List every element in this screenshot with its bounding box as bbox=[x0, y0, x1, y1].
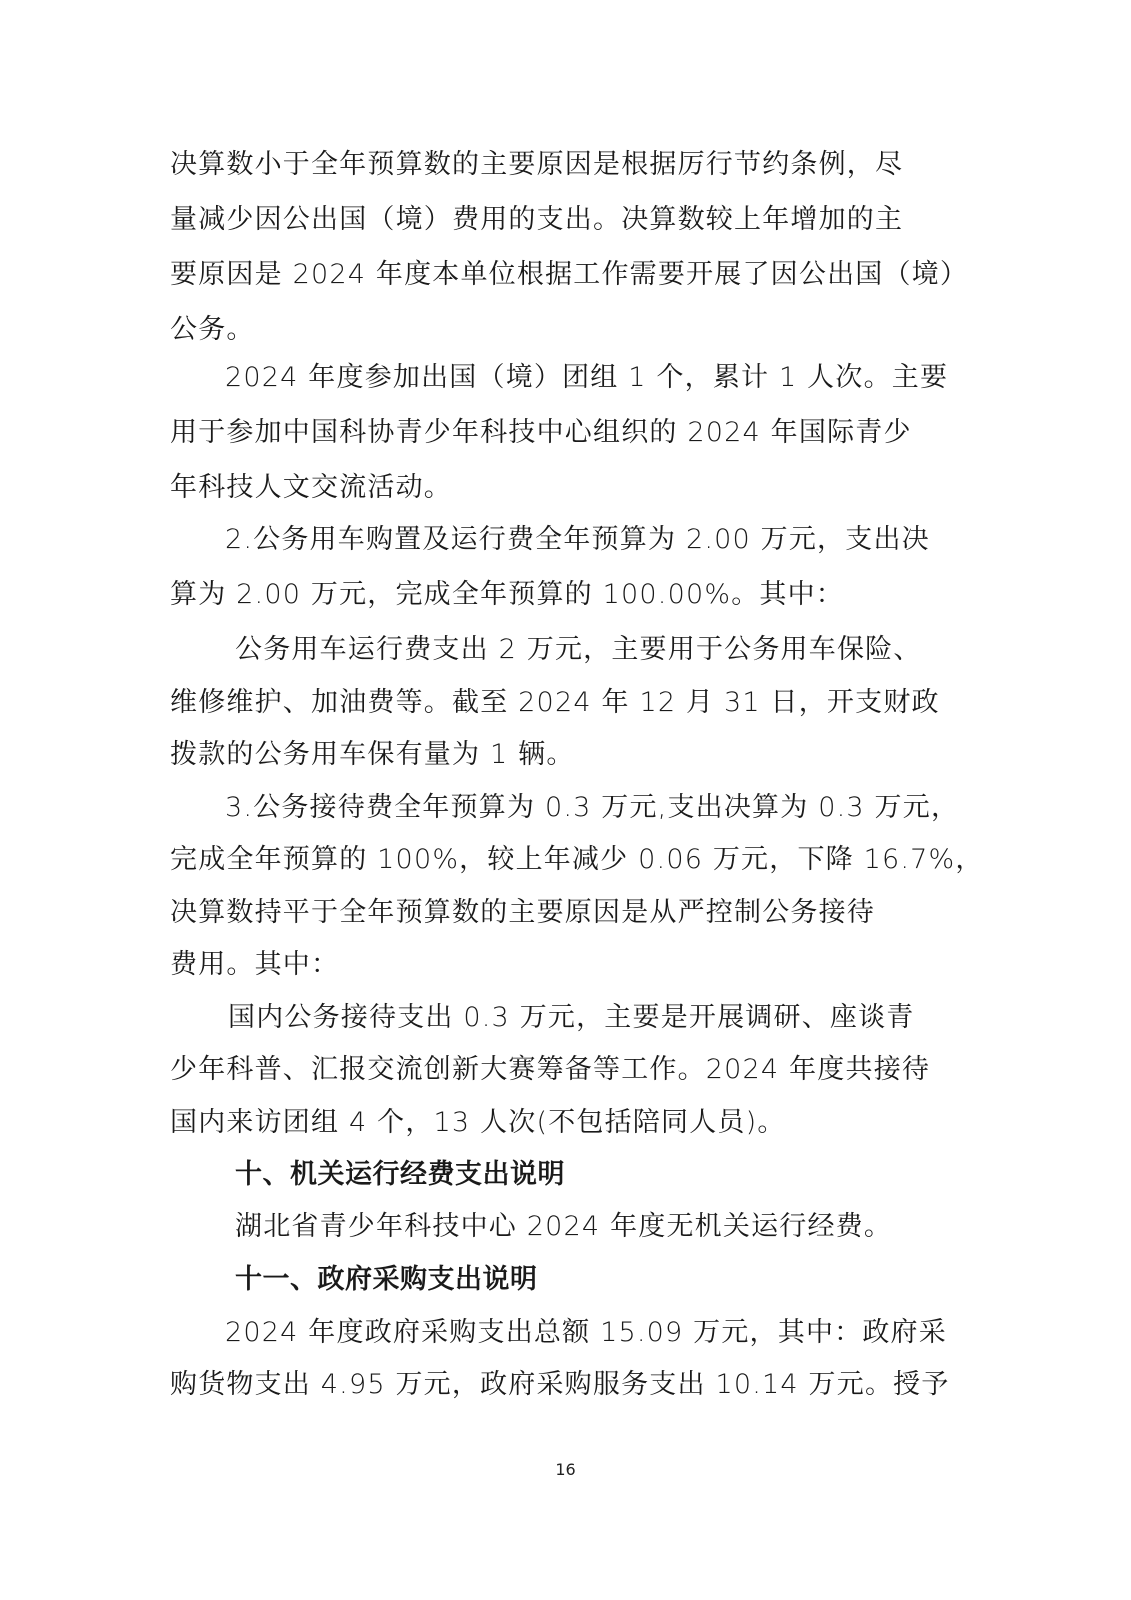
paragraph-line: 用于参加中国科协青少年科技中心组织的 2024 年国际青少 bbox=[170, 418, 950, 448]
paragraph-line: 费用。其中： bbox=[170, 950, 950, 980]
paragraph-line: 国内来访团组 4 个，13 人次(不包括陪同人员)。 bbox=[170, 1108, 950, 1138]
paragraph-line: 2024 年度政府采购支出总额 15.09 万元，其中：政府采 bbox=[225, 1318, 1005, 1348]
page-number: 16 bbox=[0, 1460, 1131, 1479]
paragraph-line: 2024 年度参加出国（境）团组 1 个，累计 1 人次。主要 bbox=[225, 363, 1005, 393]
paragraph-line: 3.公务接待费全年预算为 0.3 万元,支出决算为 0.3 万元， bbox=[225, 793, 1005, 823]
paragraph-line: 决算数持平于全年预算数的主要原因是从严控制公务接待 bbox=[170, 898, 950, 928]
paragraph-line: 维修维护、加油费等。截至 2024 年 12 月 31 日，开支财政 bbox=[170, 688, 950, 718]
paragraph-line: 拨款的公务用车保有量为 1 辆。 bbox=[170, 740, 950, 770]
paragraph-line: 国内公务接待支出 0.3 万元，主要是开展调研、座谈青 bbox=[228, 1003, 1008, 1033]
paragraph-line: 2.公务用车购置及运行费全年预算为 2.00 万元，支出决 bbox=[225, 525, 1005, 555]
paragraph-line: 要原因是 2024 年度本单位根据工作需要开展了因公出国（境） bbox=[170, 260, 950, 290]
document-page: 决算数小于全年预算数的主要原因是根据厉行节约条例，尽 量减少因公出国（境）费用的… bbox=[0, 0, 1131, 1600]
paragraph-line: 量减少因公出国（境）费用的支出。决算数较上年增加的主 bbox=[170, 205, 950, 235]
paragraph-line: 公务用车运行费支出 2 万元，主要用于公务用车保险、 bbox=[235, 635, 1015, 665]
paragraph-line: 湖北省青少年科技中心 2024 年度无机关运行经费。 bbox=[235, 1212, 1015, 1242]
paragraph-line: 决算数小于全年预算数的主要原因是根据厉行节约条例，尽 bbox=[170, 150, 950, 180]
paragraph-line: 完成全年预算的 100%，较上年减少 0.06 万元，下降 16.7%， bbox=[170, 845, 950, 875]
paragraph-line: 购货物支出 4.95 万元，政府采购服务支出 10.14 万元。授予 bbox=[170, 1370, 950, 1400]
paragraph-line: 算为 2.00 万元，完成全年预算的 100.00%。其中： bbox=[170, 580, 950, 610]
section-heading-10: 十、机关运行经费支出说明 bbox=[235, 1160, 1015, 1190]
paragraph-line: 年科技人文交流活动。 bbox=[170, 473, 950, 503]
section-heading-11: 十一、政府采购支出说明 bbox=[235, 1265, 1015, 1295]
paragraph-line: 少年科普、汇报交流创新大赛筹备等工作。2024 年度共接待 bbox=[170, 1055, 950, 1085]
paragraph-line: 公务。 bbox=[170, 315, 950, 345]
